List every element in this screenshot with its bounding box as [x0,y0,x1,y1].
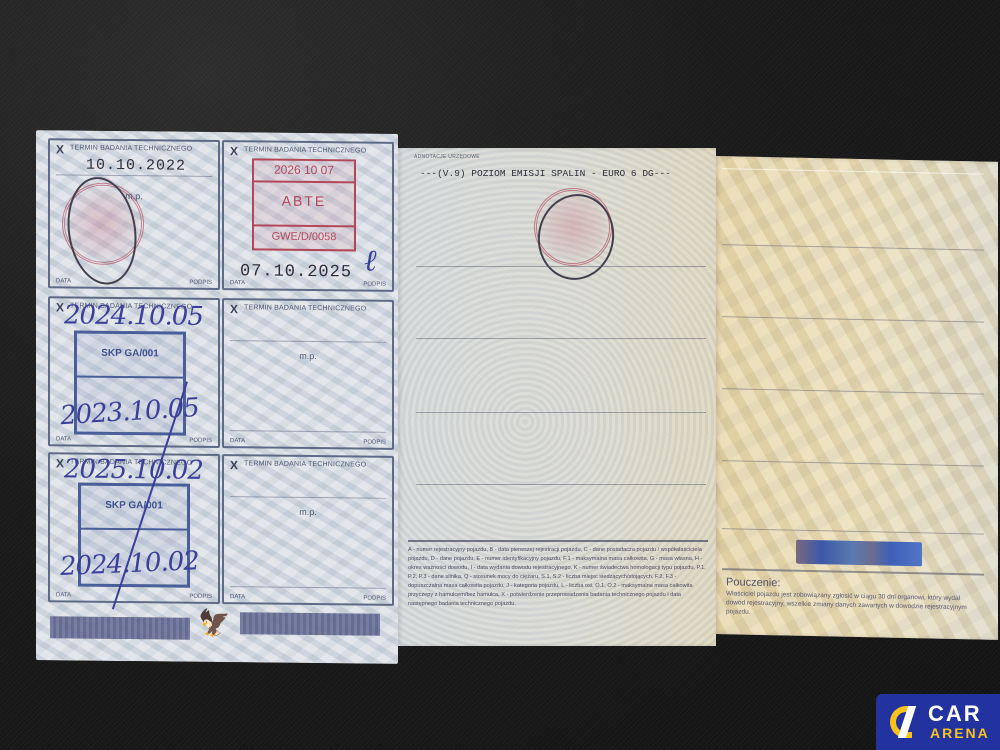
notice-panel: Pouczenie: Właściciel pojazdu jest zobow… [716,156,998,640]
inspection-box-5: X TERMIN BADANIA TECHNICZNEGO SKP GA/001… [48,452,220,604]
ruled-line [416,266,706,267]
official-annotations-panel: ADNOTACJE URZĘDOWE ---(V.9) POZIOM EMISJ… [398,148,716,646]
stamp-station-code: SKP GA/001 [81,486,187,531]
legend-divider [408,540,708,542]
ruled-line [416,484,706,485]
ruled-line [722,388,984,394]
x-mark: X [230,458,238,472]
logo-text-car: CAR [928,701,982,727]
security-band-left [50,616,190,639]
ruled-line [722,168,984,174]
registration-document: X TERMIN BADANIA TECHNICZNEGO 10.10.2022… [36,132,998,664]
podpis-label: PODPIS [363,282,386,288]
inspection-box-3: X TERMIN BADANIA TECHNICZNEGO SKP GA/001… [48,296,220,448]
ruled-line [722,244,984,250]
x-mark: X [230,302,238,316]
data-label: DATA [230,438,245,444]
podpis-label: PODPIS [363,596,386,602]
x-mark: X [56,142,64,156]
ruled-line [416,412,706,413]
notice-divider [722,568,984,575]
inspection-box-1: X TERMIN BADANIA TECHNICZNEGO 10.10.2022… [48,138,220,290]
eagle-emblem-icon: 🦅 [198,608,230,639]
inspection-box-4: X TERMIN BADANIA TECHNICZNEGO m.p. DATA … [222,298,394,450]
mp-label: m.p. [224,350,392,362]
signature: ℓ [364,244,376,279]
x-mark: X [56,300,64,314]
hologram-security-strip [796,540,922,567]
stamp-station-name: ABTE [254,182,354,227]
logo-text-arena: ARENA [930,725,990,741]
inspection-box-2: X TERMIN BADANIA TECHNICZNEGO 2026 10 07… [222,140,394,292]
field-code-legend: A - numer rejestracyjny pojazdu, B - dat… [408,546,708,609]
divider [56,174,212,177]
data-label: DATA [56,278,71,284]
podpis-label: PODPIS [189,594,212,600]
box-header: TERMIN BADANIA TECHNICZNEGO [244,304,366,312]
divider [230,340,386,343]
stamp-next-date: 2026 10 07 [254,160,354,183]
data-label: DATA [56,592,71,598]
typed-date: 07.10.2025 [240,262,352,282]
inspection-box-6: X TERMIN BADANIA TECHNICZNEGO m.p. DATA … [222,454,394,606]
handwritten-next-date: 2025.10.02 [64,454,203,485]
ruled-line [416,338,706,339]
mp-label: m.p. [224,506,392,518]
handwritten-next-date: 2024.10.05 [64,300,203,331]
x-mark: X [56,456,64,470]
annotations-header: ADNOTACJE URZĘDOWE [414,154,480,160]
mp-label: m.p. [50,190,218,202]
ruled-line [722,316,984,322]
notice-title: Pouczenie: [726,576,780,589]
divider [230,430,386,433]
podpis-label: PODPIS [189,280,212,286]
divider [230,496,386,499]
emission-level-line: ---(V.9) POZIOM EMISJI SPALIN - EURO 6 D… [420,168,671,179]
divider [230,586,386,589]
notice-text: Właściciel pojazdu jest zobowiązany zgło… [726,589,976,621]
box-header: TERMIN BADANIA TECHNICZNEGO [244,146,366,154]
car-arena-logo: CAR ARENA [876,694,1000,750]
data-label: DATA [230,594,245,600]
data-label: DATA [230,280,245,286]
typed-date: 10.10.2022 [86,157,186,175]
stamp-station-code: GWE/D/0058 [254,226,354,243]
podpis-label: PODPIS [189,438,212,444]
technical-inspection-panel: X TERMIN BADANIA TECHNICZNEGO 10.10.2022… [36,130,398,664]
ruled-line [722,460,984,466]
x-mark: X [230,144,238,158]
data-label: DATA [56,436,71,442]
podpis-label: PODPIS [363,440,386,446]
ruled-line [722,528,984,534]
stamp-station-code: SKP GA/001 [77,334,183,379]
box-header: TERMIN BADANIA TECHNICZNEGO [244,460,366,468]
box-header: TERMIN BADANIA TECHNICZNEGO [70,144,192,152]
inspection-station-stamp: 2026 10 07 ABTE GWE/D/0058 [252,158,356,251]
security-band-right [240,612,380,635]
